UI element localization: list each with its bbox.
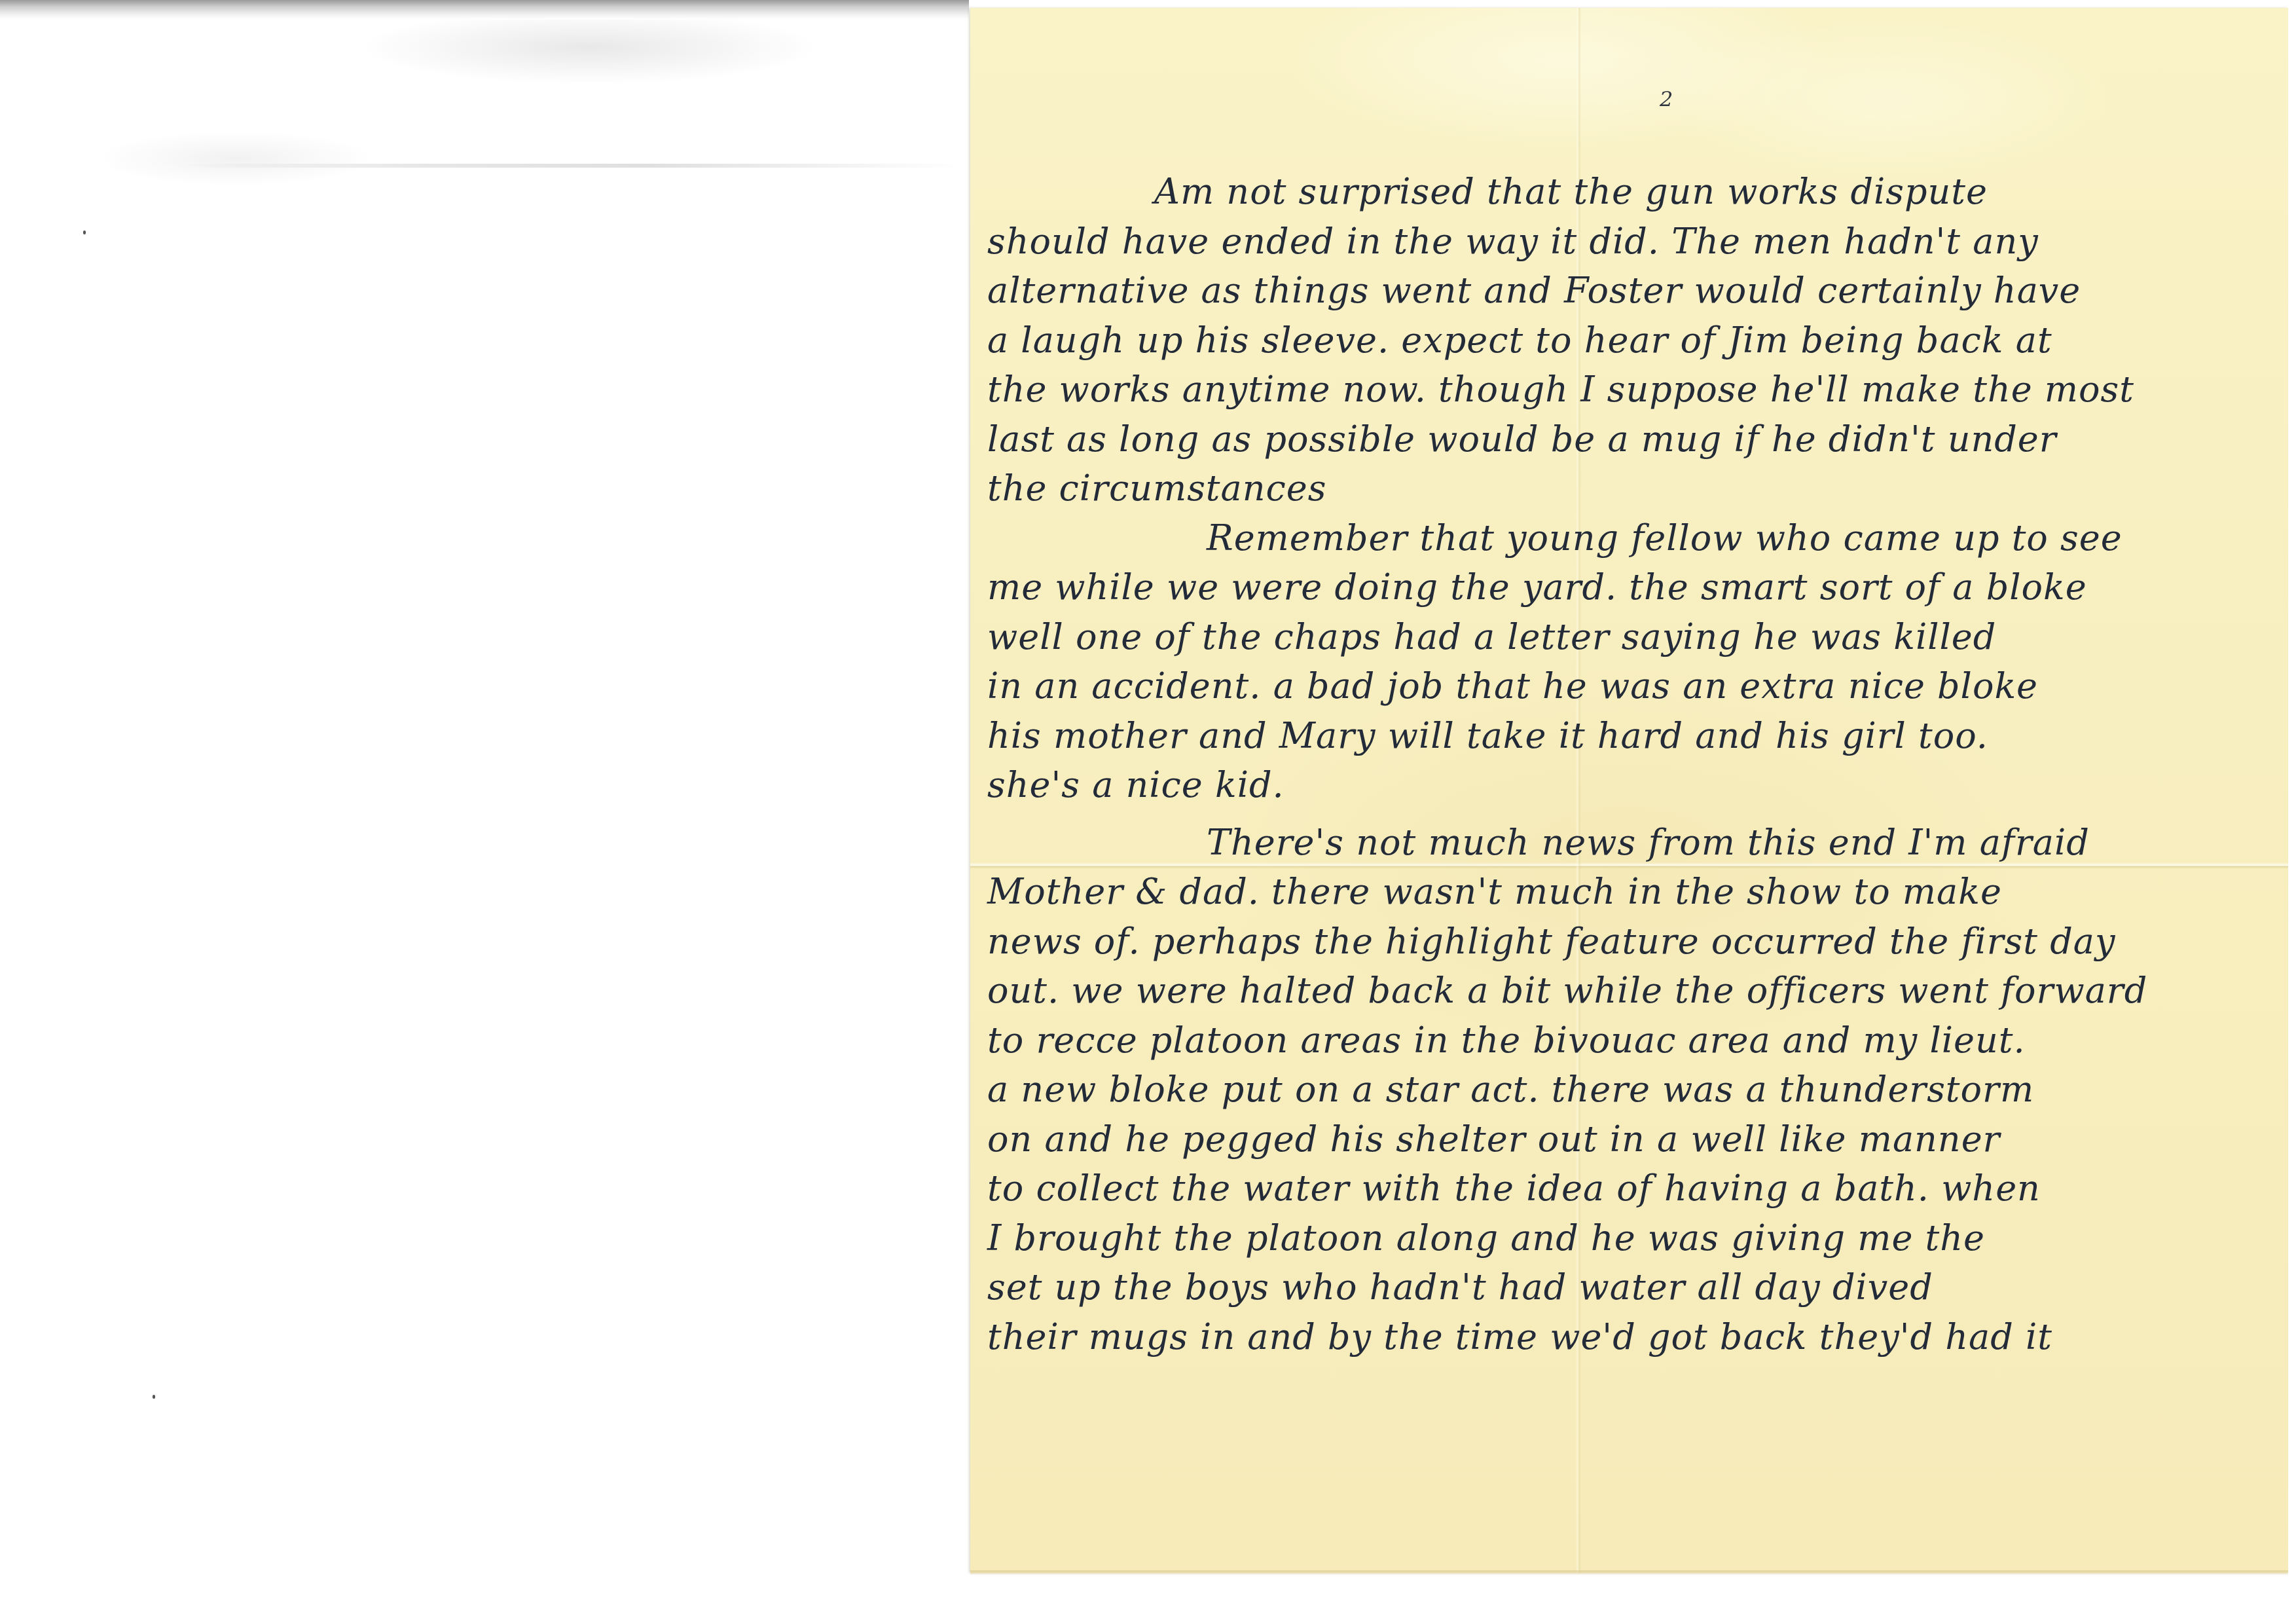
letter-line: the circumstances xyxy=(987,464,2280,513)
letter-line: to collect the water with the idea of ha… xyxy=(987,1164,2280,1213)
page-bottom-edge xyxy=(970,1570,2288,1576)
fold-crease xyxy=(177,164,962,168)
page-number: 2 xyxy=(1660,86,1673,111)
letter-line: the works anytime now. though I suppose … xyxy=(987,365,2280,415)
letter-line: last as long as possible would be a mug … xyxy=(987,415,2280,464)
letter-line: well one of the chaps had a letter sayin… xyxy=(987,612,2280,662)
letter-line: in an accident. a bad job that he was an… xyxy=(987,661,2280,711)
scanner-shadow xyxy=(0,0,969,20)
letter-line: should have ended in the way it did. The… xyxy=(987,217,2280,267)
letter-line: Mother & dad. there wasn't much in the s… xyxy=(987,867,2280,917)
left-blank-page xyxy=(0,8,968,1624)
letter-line: a laugh up his sleeve. expect to hear of… xyxy=(987,316,2280,365)
letter-line: me while we were doing the yard. the sma… xyxy=(987,563,2280,612)
letter-line: a new bloke put on a star act. there was… xyxy=(987,1065,2280,1115)
letter-line: on and he pegged his shelter out in a we… xyxy=(987,1115,2280,1164)
ink-speck xyxy=(153,1395,155,1399)
letter-line: alternative as things went and Foster wo… xyxy=(987,266,2280,316)
letter-line: she's a nice kid. xyxy=(987,760,2280,810)
letter-line: news of. perhaps the highlight feature o… xyxy=(987,917,2280,967)
ink-speck xyxy=(83,231,86,234)
letter-line: I brought the platoon along and he was g… xyxy=(987,1213,2280,1263)
letter-line: his mother and Mary will take it hard an… xyxy=(987,711,2280,761)
letter-line: their mugs in and by the time we'd got b… xyxy=(987,1312,2280,1362)
letter-line: set up the boys who hadn't had water all… xyxy=(987,1263,2280,1312)
letter-body: Am not surprised that the gun works disp… xyxy=(987,167,2280,1361)
letter-line: to recce platoon areas in the bivouac ar… xyxy=(987,1016,2280,1065)
letter-line: Remember that young fellow who came up t… xyxy=(987,513,2280,563)
letter-line: Am not surprised that the gun works disp… xyxy=(987,167,2280,217)
scanned-document: 2 Am not surprised that the gun works di… xyxy=(0,0,2296,1624)
letter-line: out. we were halted back a bit while the… xyxy=(987,966,2280,1016)
letter-line: There's not much news from this end I'm … xyxy=(987,818,2280,868)
